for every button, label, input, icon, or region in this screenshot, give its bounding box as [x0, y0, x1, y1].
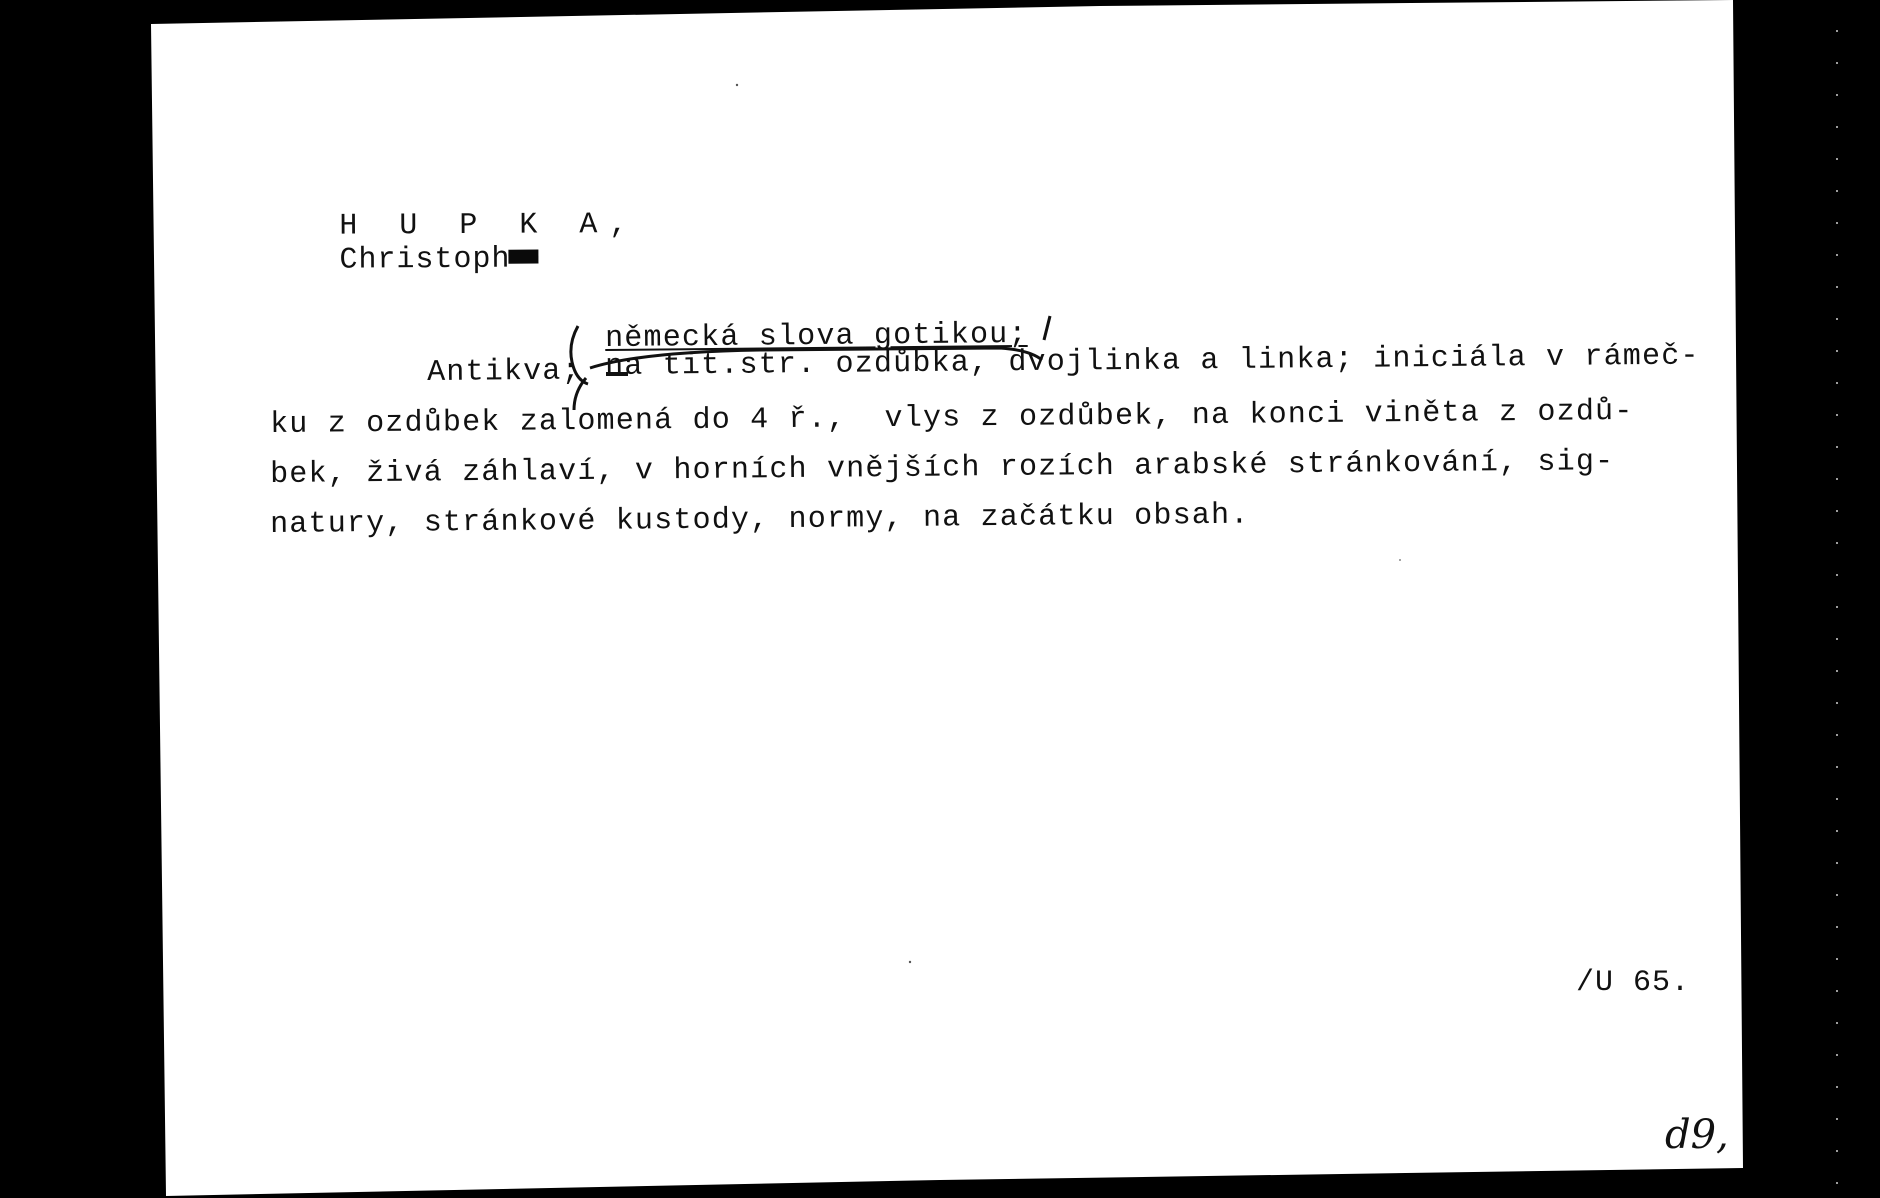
call-number-value: U 65.	[1595, 966, 1690, 1000]
speck	[736, 84, 738, 86]
speck	[909, 961, 911, 963]
call-number: /U 65.	[1500, 932, 1690, 1034]
handwritten-corner-mark: d9,	[1665, 1112, 1729, 1158]
scanned-card-stage: H U P K A, Christoph německá slova gotik…	[0, 0, 1880, 1198]
body-line-lead: Antikva;	[427, 357, 581, 388]
call-number-tick: /	[1576, 966, 1595, 1000]
author-given-name: Christoph	[339, 243, 510, 278]
card-heading-author: H U P K A, Christoph	[263, 174, 640, 312]
speck	[1399, 559, 1401, 561]
author-surname: H U P K A,	[339, 208, 639, 244]
redaction-mark	[508, 250, 538, 264]
